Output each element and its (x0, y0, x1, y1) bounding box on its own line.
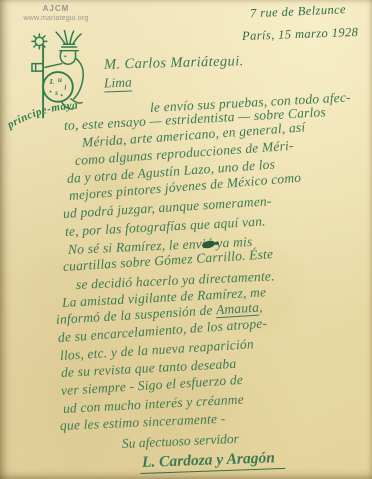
emblem-sun-rays (32, 34, 47, 49)
scanned-letter-page: AJCM www.mariategui.org (0, 0, 372, 479)
emblem-eye (64, 55, 66, 57)
emblem-flag (32, 64, 43, 71)
emblem-feather (70, 31, 74, 43)
emblem-crown (60, 44, 79, 50)
shield-letter: L (49, 77, 55, 86)
recipient-name: M. Carlos Mariátegui. (104, 53, 244, 74)
shield-dot (61, 94, 63, 96)
emblem-sun-ornament (35, 37, 43, 45)
watermark-acronym: AJCM (8, 4, 104, 14)
shield-letter: u (58, 75, 62, 84)
amauta-post-text: , (259, 300, 263, 315)
signature: L. Cardoza y Aragón (140, 449, 286, 474)
letter-body: le envío sus pruebas, con todo afec- to,… (0, 99, 372, 474)
watermark-url: www.mariategui.org (8, 14, 104, 23)
letter-header: 7 rue de Belzunce París, 15 marzo 1928 (242, 4, 358, 42)
shield-letter: i (64, 83, 67, 92)
emblem-feather (56, 32, 65, 44)
shield-letter: s (54, 88, 58, 97)
emblem-feather (64, 30, 67, 43)
emblem-feather (73, 34, 81, 44)
emblem-body (74, 58, 84, 99)
shield-dot (50, 91, 52, 93)
sender-address: 7 rue de Belzunce (249, 2, 358, 22)
emblem-arm (45, 64, 62, 68)
emblem-head (60, 51, 75, 65)
archive-watermark: AJCM www.mariategui.org (8, 4, 104, 23)
recipient-city: Lima (104, 75, 132, 93)
place-and-date: París, 15 marzo 1928 (241, 25, 358, 44)
salutation: M. Carlos Mariátegui. Lima (104, 55, 244, 92)
